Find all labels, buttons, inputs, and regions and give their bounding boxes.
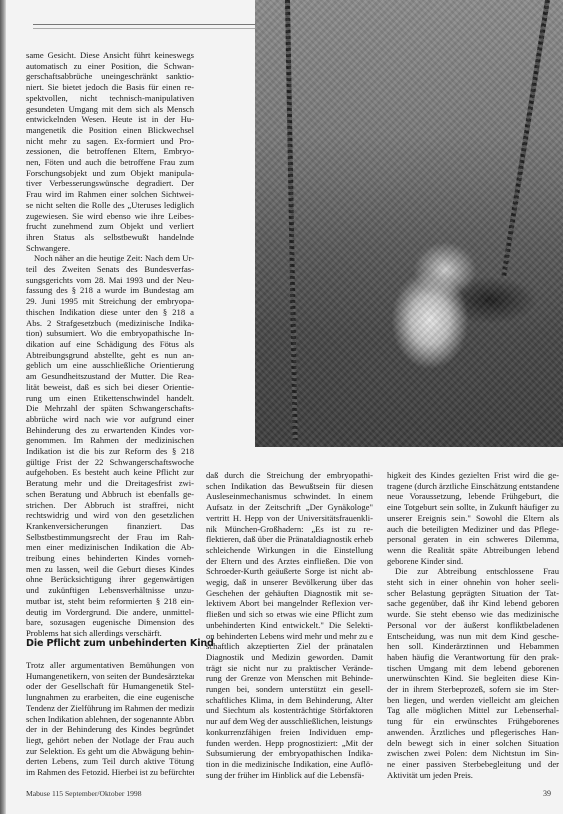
text-line: tion in die medizinische Indikation, ein…: [206, 759, 373, 770]
text-line: Krankenversicherungen finanziert. Das: [26, 521, 194, 532]
text-line: scher Belastung geprägten Situation der …: [387, 588, 559, 599]
text-line: Die zur Abtreibung entschlossene Frau: [387, 566, 559, 577]
text-line: auch die beteiligten Mediziner und das P…: [387, 524, 559, 535]
text-line: schen Indikation das Bewußtsein für dies…: [206, 481, 373, 492]
text-line: Schwangere.: [26, 243, 194, 254]
text-line: wurde. Sie steht ebenso wie das medizini…: [387, 609, 559, 620]
text-line: der in der Behinderung des Kindes begrün…: [26, 724, 194, 735]
text-line: Humangenetikern, von seiten der Bundesär…: [26, 671, 194, 682]
text-line: mangenetik die Position einen Blickwechs…: [26, 125, 194, 136]
text-line: rungen bei, sondern unterstützt ein gese…: [206, 684, 373, 695]
text-line: abbrüche wird nach wie vor aufgrund eine…: [26, 414, 194, 425]
text-line: schaftliches Klima, in dem Behinderung, …: [206, 695, 373, 706]
text-line: Ausleseinmechanismus schwindet. In einem: [206, 491, 373, 502]
text-line: schleichende Wirkungen in die Einstellun…: [206, 545, 373, 556]
text-line: rung der Grenze von Menschen mit Behinde…: [206, 673, 373, 684]
text-line: Subsumierung der embryopathischen Indika…: [206, 748, 373, 759]
text-line: bare, sozusagen eugenische Dimension des: [26, 617, 194, 628]
text-line: wegig, daß in unserer Bevölkerung über d…: [206, 577, 373, 588]
text-line: entwickelnden Wesen. Heute ist in der Hu…: [26, 114, 194, 125]
text-line: Abtreibungsgrund abstellte, geht es nun …: [26, 350, 194, 361]
text-line: fließen und sich so etwas wie eine Pflic…: [206, 609, 373, 620]
text-line: hen soll. Kinderärztinnen und Hebammen: [387, 641, 559, 652]
text-line: schen Beratung und Abbruch ist ebenfalls…: [26, 489, 194, 500]
text-line: ne einer passiven Sterbebegleitung und d…: [387, 759, 559, 770]
text-line: sungsgerichts vom 28. Mai 1993 und der N…: [26, 275, 194, 286]
text-line: Forschungsobjekt und zum Objekt manipula…: [26, 168, 194, 179]
text-line: tung für ein erwünschtes Frühgeborenes: [387, 716, 559, 727]
text-line: im Rahmen des Fetozid. Hierbei ist zu be…: [26, 767, 194, 778]
text-line: der Eltern und des Arztes einfließen. Di…: [206, 556, 373, 567]
text-line: 29. Juni 1995 mit Streichung der embryop…: [26, 296, 194, 307]
text-line: Tag alle möglichen Mittel zur Lebenserha…: [387, 705, 559, 716]
photo-child-on-swing: [255, 0, 563, 447]
text-line: unbehinderten Kind entwickelt." Die Sele…: [206, 620, 373, 631]
text-line: se nicht selten die Rolle des „Uteruses …: [26, 200, 194, 211]
column-1: same Gesicht. Diese Ansicht führt keines…: [26, 50, 194, 639]
text-line: tragene (durch ärztliche Einschätzung en…: [387, 481, 559, 492]
page-spine-shadow: [0, 0, 6, 814]
text-line: gesundeten Umgang mit dem sich als Mensc…: [26, 104, 194, 115]
column-2: daß durch die Streichung der embryopathi…: [206, 470, 373, 780]
text-line: trägt sie nicht nur zu praktischer Verän…: [206, 663, 373, 674]
text-line: niert. Sie bietet jedoch die Basis für e…: [26, 82, 194, 93]
text-line: schaftlich akzeptierten Ziel der pränata…: [206, 641, 373, 652]
text-line: Abs. 2 Strafgesetzbuch (medizinische Ind…: [26, 318, 194, 329]
text-line: Indikation ist die bis zur Reform des § …: [26, 446, 194, 457]
text-line: tiver Verbesserungswünsche degradiert. D…: [26, 178, 194, 189]
text-line: personal geraten in ein schweres Dilemma…: [387, 534, 559, 545]
text-line: lität beweist, daß es sich bei dieser Or…: [26, 382, 194, 393]
text-line: der in ihrem Sterbeprozeß, sofern sie im…: [387, 684, 559, 695]
text-line: Frau wird im Rahmen einer solchen Sichtw…: [26, 189, 194, 200]
text-line: frucht zunehmend zum Objekt und verliert: [26, 221, 194, 232]
text-line: funden werden. Hepp prognostiziert: „Mit…: [206, 738, 373, 749]
text-line: schen Indikation ablehnen, der sogenannt…: [26, 714, 194, 725]
text-line: unserer Ereignis sein." Sowohl die Elter…: [387, 513, 559, 524]
text-line: daß durch die Streichung der embryopathi…: [206, 470, 373, 481]
footer-publication: Mabuse 115 September/Oktober 1998: [26, 789, 142, 798]
text-line: und zukünftigen Lebensverhältnisse unzu-: [26, 585, 194, 596]
text-line: deln bewegt sich in einer solchen Situat…: [387, 738, 559, 749]
text-line: Aufsatz in der Zeitschrift „Der Gynäkolo…: [206, 502, 373, 513]
text-line: spektvollen, nicht technisch-manipulativ…: [26, 93, 194, 104]
text-line: neue Voraussetzung, lebende Frühgeburt, …: [387, 491, 559, 502]
photo-grain: [255, 0, 563, 447]
text-line: ohne Berücksichtigung ihrer gegenwärtige…: [26, 574, 194, 585]
text-line: mutbar ist, steht beim reformierten § 21…: [26, 596, 194, 607]
text-line: ben liegen, und werden vielleicht am gle…: [387, 695, 559, 706]
text-line: haben häufig die Verantwortung für den p…: [387, 652, 559, 663]
text-line: on behinderten Lebens wird mehr und mehr…: [206, 631, 373, 642]
text-line: Diagnostik und Medizin geworden. Damit: [206, 652, 373, 663]
page-number: 39: [543, 789, 551, 798]
text-line: Geschehen der gehäuften Diagnostik mit s…: [206, 588, 373, 599]
text-line: higkeit des Kindes gezielten Frist wird …: [387, 470, 559, 481]
text-line: derten Lebens, zum Teil durch aktive Töt…: [26, 756, 194, 767]
text-line: nen, Föten und auch die betroffene Frau …: [26, 157, 194, 168]
text-line: strichen. Der Abbruch ist straffrei, nic…: [26, 500, 194, 511]
text-line: konkurrenzfähigen freien Individuen emp-: [206, 727, 373, 738]
text-line: Noch näher an die heutige Zeit: Nach dem…: [26, 253, 194, 264]
text-line: eine Totgeburt sein sollte, in Zukunft h…: [387, 502, 559, 513]
text-line: und Siechtum als kostenträchtige Störfak…: [206, 705, 373, 716]
text-line: deutig im Vordergrund. Die andere, unmit…: [26, 607, 194, 618]
text-line: same Gesicht. Diese Ansicht führt keines…: [26, 50, 194, 61]
text-line: dikation auf eine Schädigung des Fötus a…: [26, 339, 194, 350]
text-line: geborene Kinder sind.: [387, 556, 559, 567]
text-line: am Gesundheitszustand der Mutter. Die Re…: [26, 371, 194, 382]
text-line: Behinderung des zu erwartenden Kindes vo…: [26, 425, 194, 436]
text-line: Trotz aller argumentativen Bemühungen vo…: [26, 660, 194, 671]
text-line: oder der Gesellschaft für Humangenetik S…: [26, 681, 194, 692]
header-rule: [33, 24, 255, 25]
text-line: genommen. Im Rahmen der medizinischen: [26, 435, 194, 446]
column-3: higkeit des Kindes gezielten Frist wird …: [387, 470, 559, 780]
text-line: rechtswidrig und wird von den gesetzlich…: [26, 510, 194, 521]
text-line: Die Mehrzahl der späten Schwangerschafts…: [26, 403, 194, 414]
text-line: unerwünschten Kind. Sie begleiten diese …: [387, 673, 559, 684]
column-1-section-body: Trotz aller argumentativen Bemühungen vo…: [26, 660, 194, 778]
text-line: men zu lassen, weil die Geburt dieses Ki…: [26, 564, 194, 575]
text-line: lektivem Abort bei mangelnder Reflexion …: [206, 598, 373, 609]
text-line: steht sich in einer ohnehin von hoher se…: [387, 577, 559, 588]
text-line: aufgehoben. Es besteht auch keine Pflich…: [26, 467, 194, 478]
text-line: Personal vor der äußerst konfliktbeladen…: [387, 620, 559, 631]
text-line: tion) subsumiert. Wo die embryopathische…: [26, 328, 194, 339]
text-line: thischen Indikation diese unter den § 21…: [26, 307, 194, 318]
text-line: Selbstbestimmungsrecht der Frau im Rah-: [26, 532, 194, 543]
text-line: nicht mehr zu sagen. Ex-formiert und Pro…: [26, 136, 194, 147]
text-line: liegt, gehört neben der Notlage der Frau…: [26, 735, 194, 746]
text-line: gültige Frist der 22 Schwangerschaftswoc…: [26, 457, 194, 468]
text-line: Aktivität um jeden Preis.: [387, 770, 559, 781]
text-line: Entscheidung, was nun mit dem Kind gesch…: [387, 631, 559, 642]
text-line: lungnahmen zu erarbeiten, die eine eugen…: [26, 692, 194, 703]
text-line: vertritt H. Hepp von der Universitätsfra…: [206, 513, 373, 524]
text-line: anwenden. Ärztliches und pflegerisches H…: [387, 727, 559, 738]
text-line: men einer medizinischen Indikation die A…: [26, 542, 194, 553]
text-line: tischen Umgang mit dem lebend geborenen: [387, 663, 559, 674]
text-line: sung der früher im Hinblick auf die Lebe…: [206, 770, 373, 781]
text-line: nur auf dem Weg der ausschließlichen, le…: [206, 716, 373, 727]
text-line: nik München-Großhadern: „Es ist zu re-: [206, 524, 373, 535]
text-line: Schroeder-Kurth geäußerte Sorge ist nich…: [206, 566, 373, 577]
text-line: zessionen, die betroffenen Eltern, Embry…: [26, 146, 194, 157]
text-line: fassung des § 218 a wurde im Bundestag a…: [26, 285, 194, 296]
text-line: ihren Status als selbstbewußt handelnde: [26, 232, 194, 243]
text-line: treibung eines behinderten Kindes vorneh…: [26, 553, 194, 564]
section-heading: Die Pflicht zum unbehinderten Kind: [26, 638, 196, 650]
text-line: zugewiesen. Sie wird ebenso wie ihre Lei…: [26, 211, 194, 222]
text-line: Beratung mehr und die Dreitagesfrist zwi…: [26, 478, 194, 489]
text-line: geblich um eine ausschließliche Orientie…: [26, 360, 194, 371]
text-line: automatisch zu einer Position, die Schwa…: [26, 61, 194, 72]
text-line: zur Selektion. Es geht um die Abwägung b…: [26, 746, 194, 757]
text-line: flektieren, daß über die Pränataldiagnos…: [206, 534, 373, 545]
text-line: rung um einen Etikettenschwindel handelt…: [26, 393, 194, 404]
text-line: sache gegenüber, daß ihr Kind lebend geb…: [387, 598, 559, 609]
text-line: zwischen zwei Polen: dem Nichtstun im Si…: [387, 748, 559, 759]
header-rule-secondary: [33, 28, 255, 29]
text-line: teil des Zweiten Senats des Bundesverfas…: [26, 264, 194, 275]
text-line: Tendenz der Zielführung im Rahmen der me…: [26, 703, 194, 714]
text-line: gerschaftsabbrüche uneingeschränkt sankt…: [26, 71, 194, 82]
text-line: wenn die Realität späte Abtreibungen leb…: [387, 545, 559, 556]
